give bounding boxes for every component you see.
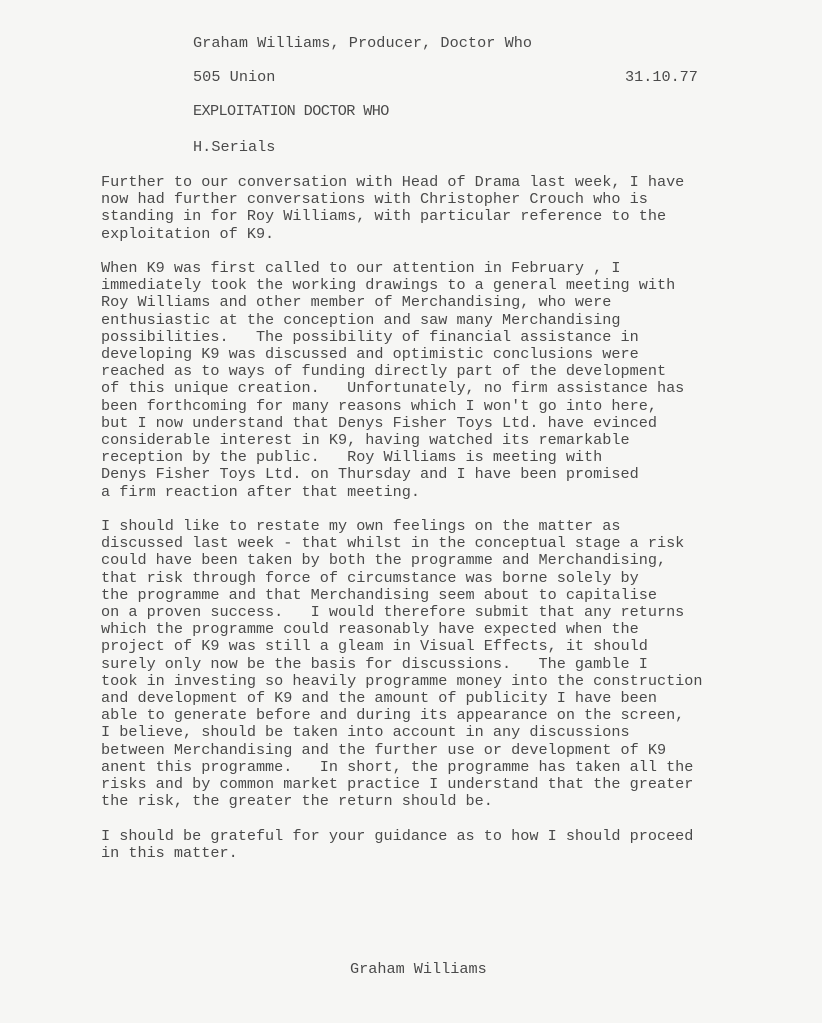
text-line: surely only now be the basis for discuss… (101, 656, 801, 673)
text-line: I should be grateful for your guidance a… (101, 828, 801, 845)
text-line: project of K9 was still a gleam in Visua… (101, 638, 801, 655)
memo-date: 31.10.77 (625, 68, 698, 86)
signature: Graham Williams (350, 960, 487, 978)
text-line: I should like to restate my own feelings… (101, 518, 801, 535)
paragraph-3: I should like to restate my own feelings… (101, 518, 801, 810)
paragraph-4: I should be grateful for your guidance a… (101, 828, 801, 862)
text-line: been forthcoming for many reasons which … (101, 398, 801, 415)
text-line: between Merchandising and the further us… (101, 742, 801, 759)
text-line: that risk through force of circumstance … (101, 570, 801, 587)
text-line: reception by the public. Roy Williams is… (101, 449, 801, 466)
paragraph-2: When K9 was first called to our attentio… (101, 260, 801, 501)
text-line: but I now understand that Denys Fisher T… (101, 415, 801, 432)
memo-to: H.Serials (193, 138, 275, 156)
text-line: Roy Williams and other member of Merchan… (101, 294, 801, 311)
paragraph-1: Further to our conversation with Head of… (101, 174, 801, 243)
text-line: risks and by common market practice I un… (101, 776, 801, 793)
text-line: could have been taken by both the progra… (101, 552, 801, 569)
text-line: I believe, should be taken into account … (101, 724, 801, 741)
text-line: in this matter. (101, 845, 801, 862)
text-line: Further to our conversation with Head of… (101, 174, 801, 191)
text-line: and development of K9 and the amount of … (101, 690, 801, 707)
text-line: a firm reaction after that meeting. (101, 484, 801, 501)
text-line: standing in for Roy Williams, with parti… (101, 208, 801, 225)
text-line: immediately took the working drawings to… (101, 277, 801, 294)
memo-room: 505 Union (193, 68, 275, 86)
text-line: now had further conversations with Chris… (101, 191, 801, 208)
text-line: on a proven success. I would therefore s… (101, 604, 801, 621)
text-line: able to generate before and during its a… (101, 707, 801, 724)
memo-from: Graham Williams, Producer, Doctor Who (193, 34, 532, 52)
text-line: the risk, the greater the return should … (101, 793, 801, 810)
text-line: considerable interest in K9, having watc… (101, 432, 801, 449)
text-line: discussed last week - that whilst in the… (101, 535, 801, 552)
text-line: When K9 was first called to our attentio… (101, 260, 801, 277)
text-line: reached as to ways of funding directly p… (101, 363, 801, 380)
text-line: took in investing so heavily programme m… (101, 673, 801, 690)
text-line: anent this programme. In short, the prog… (101, 759, 801, 776)
text-line: enthusiastic at the conception and saw m… (101, 312, 801, 329)
text-line: of this unique creation. Unfortunately, … (101, 380, 801, 397)
text-line: the programme and that Merchandising see… (101, 587, 801, 604)
memo-page: Graham Williams, Producer, Doctor Who 50… (0, 0, 822, 1023)
memo-subject: EXPLOITATION DOCTOR WHO (193, 102, 389, 120)
text-line: developing K9 was discussed and optimist… (101, 346, 801, 363)
text-line: exploitation of K9. (101, 226, 801, 243)
text-line: which the programme could reasonably hav… (101, 621, 801, 638)
text-line: possibilities. The possibility of financ… (101, 329, 801, 346)
text-line: Denys Fisher Toys Ltd. on Thursday and I… (101, 466, 801, 483)
